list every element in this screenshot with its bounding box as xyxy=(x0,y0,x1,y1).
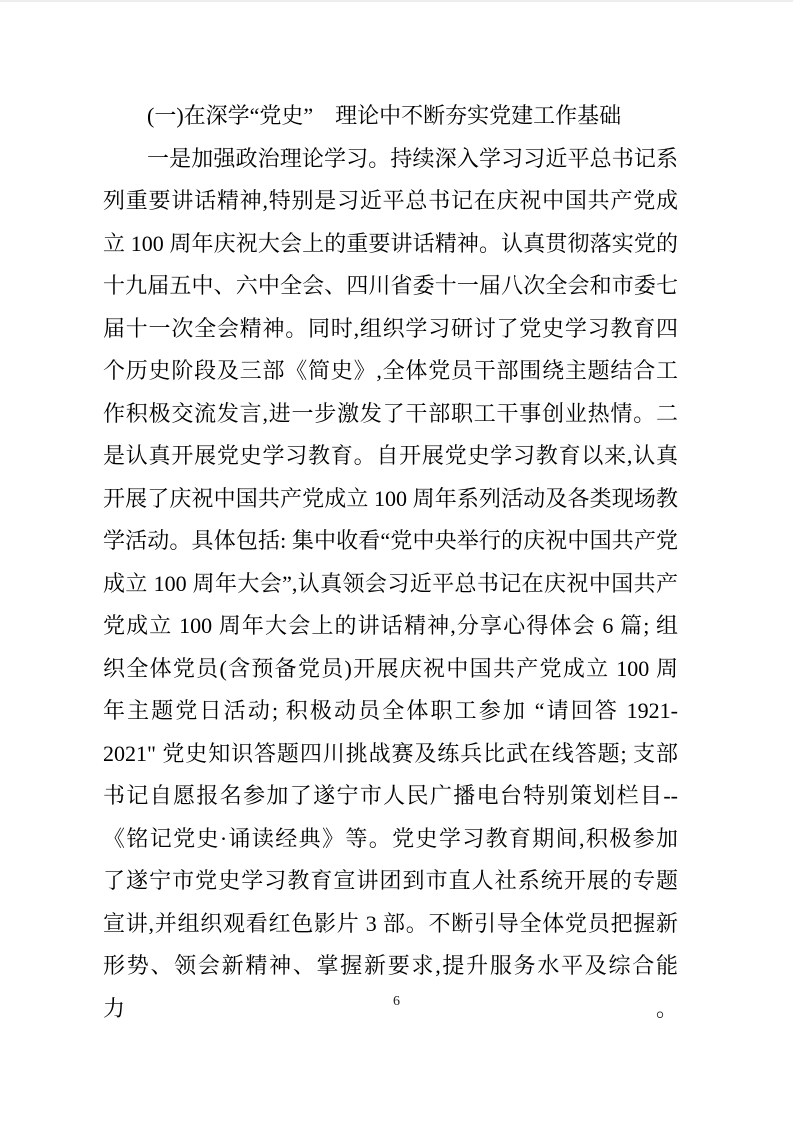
text-line: 是认真开展党史学习教育。自开展党史学习教育以来,认真 xyxy=(103,435,678,478)
text-line: 年主题党日活动; 积极动员全体职工参加 “请回答 1921- xyxy=(103,690,678,733)
text-line: 立 100 周年庆祝大会上的重要讲话精神。认真贯彻落实党的 xyxy=(103,223,678,266)
text-line: 作积极交流发言,进一步激发了干部职工干事创业热情。二 xyxy=(103,393,678,436)
text-line: 2021" 党史知识答题四川挑战赛及练兵比武在线答题; 支部 xyxy=(103,733,678,776)
text-line: 列重要讲话精神,特别是习近平总书记在庆祝中国共产党成 xyxy=(103,180,678,223)
document-page: (一)在深学“党史” 理论中不断夯实党建工作基础 一是加强政治理论学习。持续深入… xyxy=(0,0,793,1122)
text-line: 开展了庆祝中国共产党成立 100 周年系列活动及各类现场教 xyxy=(103,478,678,521)
text-line: 宣讲,并组织观看红色影片 3 部。不断引导全体党员把握新 xyxy=(103,903,678,946)
document-body: (一)在深学“党史” 理论中不断夯实党建工作基础 一是加强政治理论学习。持续深入… xyxy=(103,95,678,1030)
text-line: 《铭记党史·诵读经典》等。党史学习教育期间,积极参加 xyxy=(103,818,678,861)
text-line: 学活动。具体包括: 集中收看“党中央举行的庆祝中国共产党 xyxy=(103,520,678,563)
text-line: 个历史阶段及三部《简史》,全体党员干部围绕主题结合工 xyxy=(103,350,678,393)
text-line: 了遂宁市党史学习教育宣讲团到市直人社系统开展的专题 xyxy=(103,860,678,903)
text-line: 一是加强政治理论学习。持续深入学习习近平总书记系 xyxy=(103,138,678,181)
text-line: 党成立 100 周年大会上的讲话精神,分享心得体会 6 篇; 组 xyxy=(103,605,678,648)
text-line: 届十一次全会精神。同时,组织学习研讨了党史学习教育四 xyxy=(103,308,678,351)
page-top-edge xyxy=(0,0,793,2)
text-line: 十九届五中、六中全会、四川省委十一届八次全会和市委七 xyxy=(103,265,678,308)
text-line: 织全体党员(含预备党员)开展庆祝中国共产党成立 100 周 xyxy=(103,648,678,691)
text-line: 书记自愿报名参加了遂宁市人民广播电台特别策划栏目-- xyxy=(103,775,678,818)
page-number: 6 xyxy=(0,992,793,1012)
section-heading: (一)在深学“党史” 理论中不断夯实党建工作基础 xyxy=(103,95,678,138)
text-line: 成立 100 周年大会”,认真领会习近平总书记在庆祝中国共产 xyxy=(103,563,678,606)
text-line: 形势、领会新精神、掌握新要求,提升服务水平及综合能力。 xyxy=(103,945,678,1030)
